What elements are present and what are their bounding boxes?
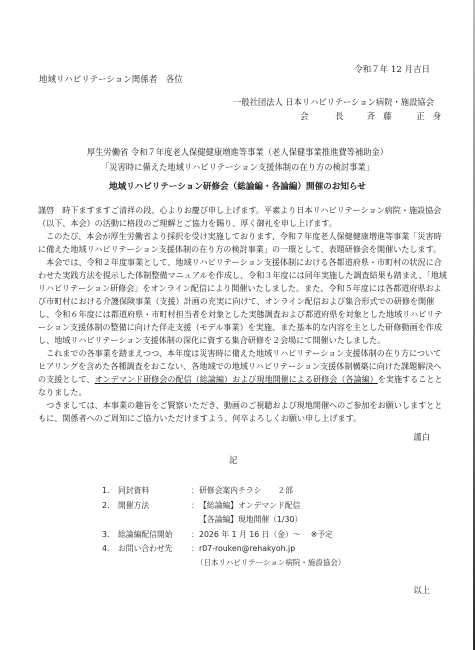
- item-number: 2.: [102, 499, 118, 514]
- document-date: 令和７年 12 月吉日: [354, 63, 430, 75]
- paragraph-history: 本会では、令和２年度事業として、地域リハビリテーション支援体制における各都道府県…: [38, 256, 448, 347]
- paragraph-this-year: これまでの各事業を踏まえつつ、本年度は災害時に備えた地域リハビリテーション支援体…: [38, 347, 448, 399]
- detail-item-method: 2. 開催方法 ： 【総論編】オンデマンド配信: [102, 499, 333, 514]
- item-label: お問い合わせ先: [118, 542, 191, 557]
- sender-name: 斉藤 正身: [367, 112, 450, 122]
- contact-email[interactable]: r07-rouken@rehakyoh.jp: [199, 542, 295, 557]
- closing-kinpaku: 謹白: [413, 431, 430, 443]
- sender-organization: 一般社団法人 日本リハビリテーション病院・施設協会: [233, 96, 434, 108]
- item-value: 【総論編】オンデマンド配信: [199, 499, 300, 514]
- paragraph-request: つきましては、本事業の趣旨をご賢察いただき、動画のご視聴および現地開催へのご参加…: [38, 399, 448, 425]
- detail-item-enclosure: 1. 同封資料 ： 研修会案内チラシ ２部: [102, 484, 333, 499]
- end-mark: 以上: [413, 584, 430, 596]
- paragraph-purpose: このたび、本会が厚生労働省より採択を受け実施しております、令和７年度老人保健健康…: [38, 230, 448, 256]
- item-number: 1.: [102, 484, 118, 499]
- details-heading: 記: [229, 454, 237, 466]
- detail-item-contact: 4. お問い合わせ先 ： r07-rouken@rehakyoh.jp: [102, 542, 333, 557]
- details-list: 1. 同封資料 ： 研修会案内チラシ ２部 2. 開催方法 ： 【総論編】オンデ…: [102, 484, 333, 557]
- item-separator: ：: [191, 484, 199, 499]
- contact-organization: （日本リハビリテーション病院・施設協会）: [196, 557, 345, 568]
- detail-item-start: 3. 総論編配信開始 ： 2026 年 1 月 16 日（金）～ ※予定: [102, 528, 333, 543]
- item-label: 同封資料: [118, 484, 191, 499]
- item-separator: ：: [191, 542, 199, 557]
- letter-body: 謹啓 時下ますますご清祥の段、心よりお慶び申し上げます。平素より日本リハビリテー…: [38, 204, 448, 425]
- item-value: 【各論編】現地開催（1/30）: [199, 513, 302, 528]
- paragraph-greeting: 謹啓 時下ますますご清祥の段、心よりお慶び申し上げます。平素より日本リハビリテー…: [38, 204, 448, 230]
- underlined-training-text: オンデマンド研修会の配信（総論編）および現地開催による研修会（各論編）: [95, 374, 378, 384]
- project-line: 「災害時に備えた地域リハビリテーション支援体制の在り方の検討事業」: [0, 161, 475, 173]
- sender-signature: 会 長 斉藤 正身: [300, 110, 449, 122]
- item-value: 研修会案内チラシ: [199, 484, 261, 499]
- item-number: 4.: [102, 542, 118, 557]
- sender-role: 会 長: [300, 110, 364, 122]
- document-title: 地域リハビリテーション研修会（総論編・各論編）開催のお知らせ: [0, 180, 475, 192]
- item-separator: ：: [191, 528, 199, 543]
- detail-item-method-cont: . . . 【各論編】現地開催（1/30）: [102, 513, 333, 528]
- item-note: ※予定: [311, 528, 333, 543]
- item-number: 3.: [102, 528, 118, 543]
- item-separator: ：: [191, 499, 199, 514]
- item-label: 開催方法: [118, 499, 191, 514]
- item-label: 総論編配信開始: [118, 528, 191, 543]
- addressee: 地域リハビリテーション関係者 各位: [39, 73, 183, 85]
- item-extra: ２部: [277, 484, 293, 499]
- ministry-line: 厚生労働省 令和７年度老人保健健康増進等事業（老人保健事業推進費等補助金）: [0, 146, 475, 158]
- item-value: 2026 年 1 月 16 日（金）～: [199, 528, 301, 543]
